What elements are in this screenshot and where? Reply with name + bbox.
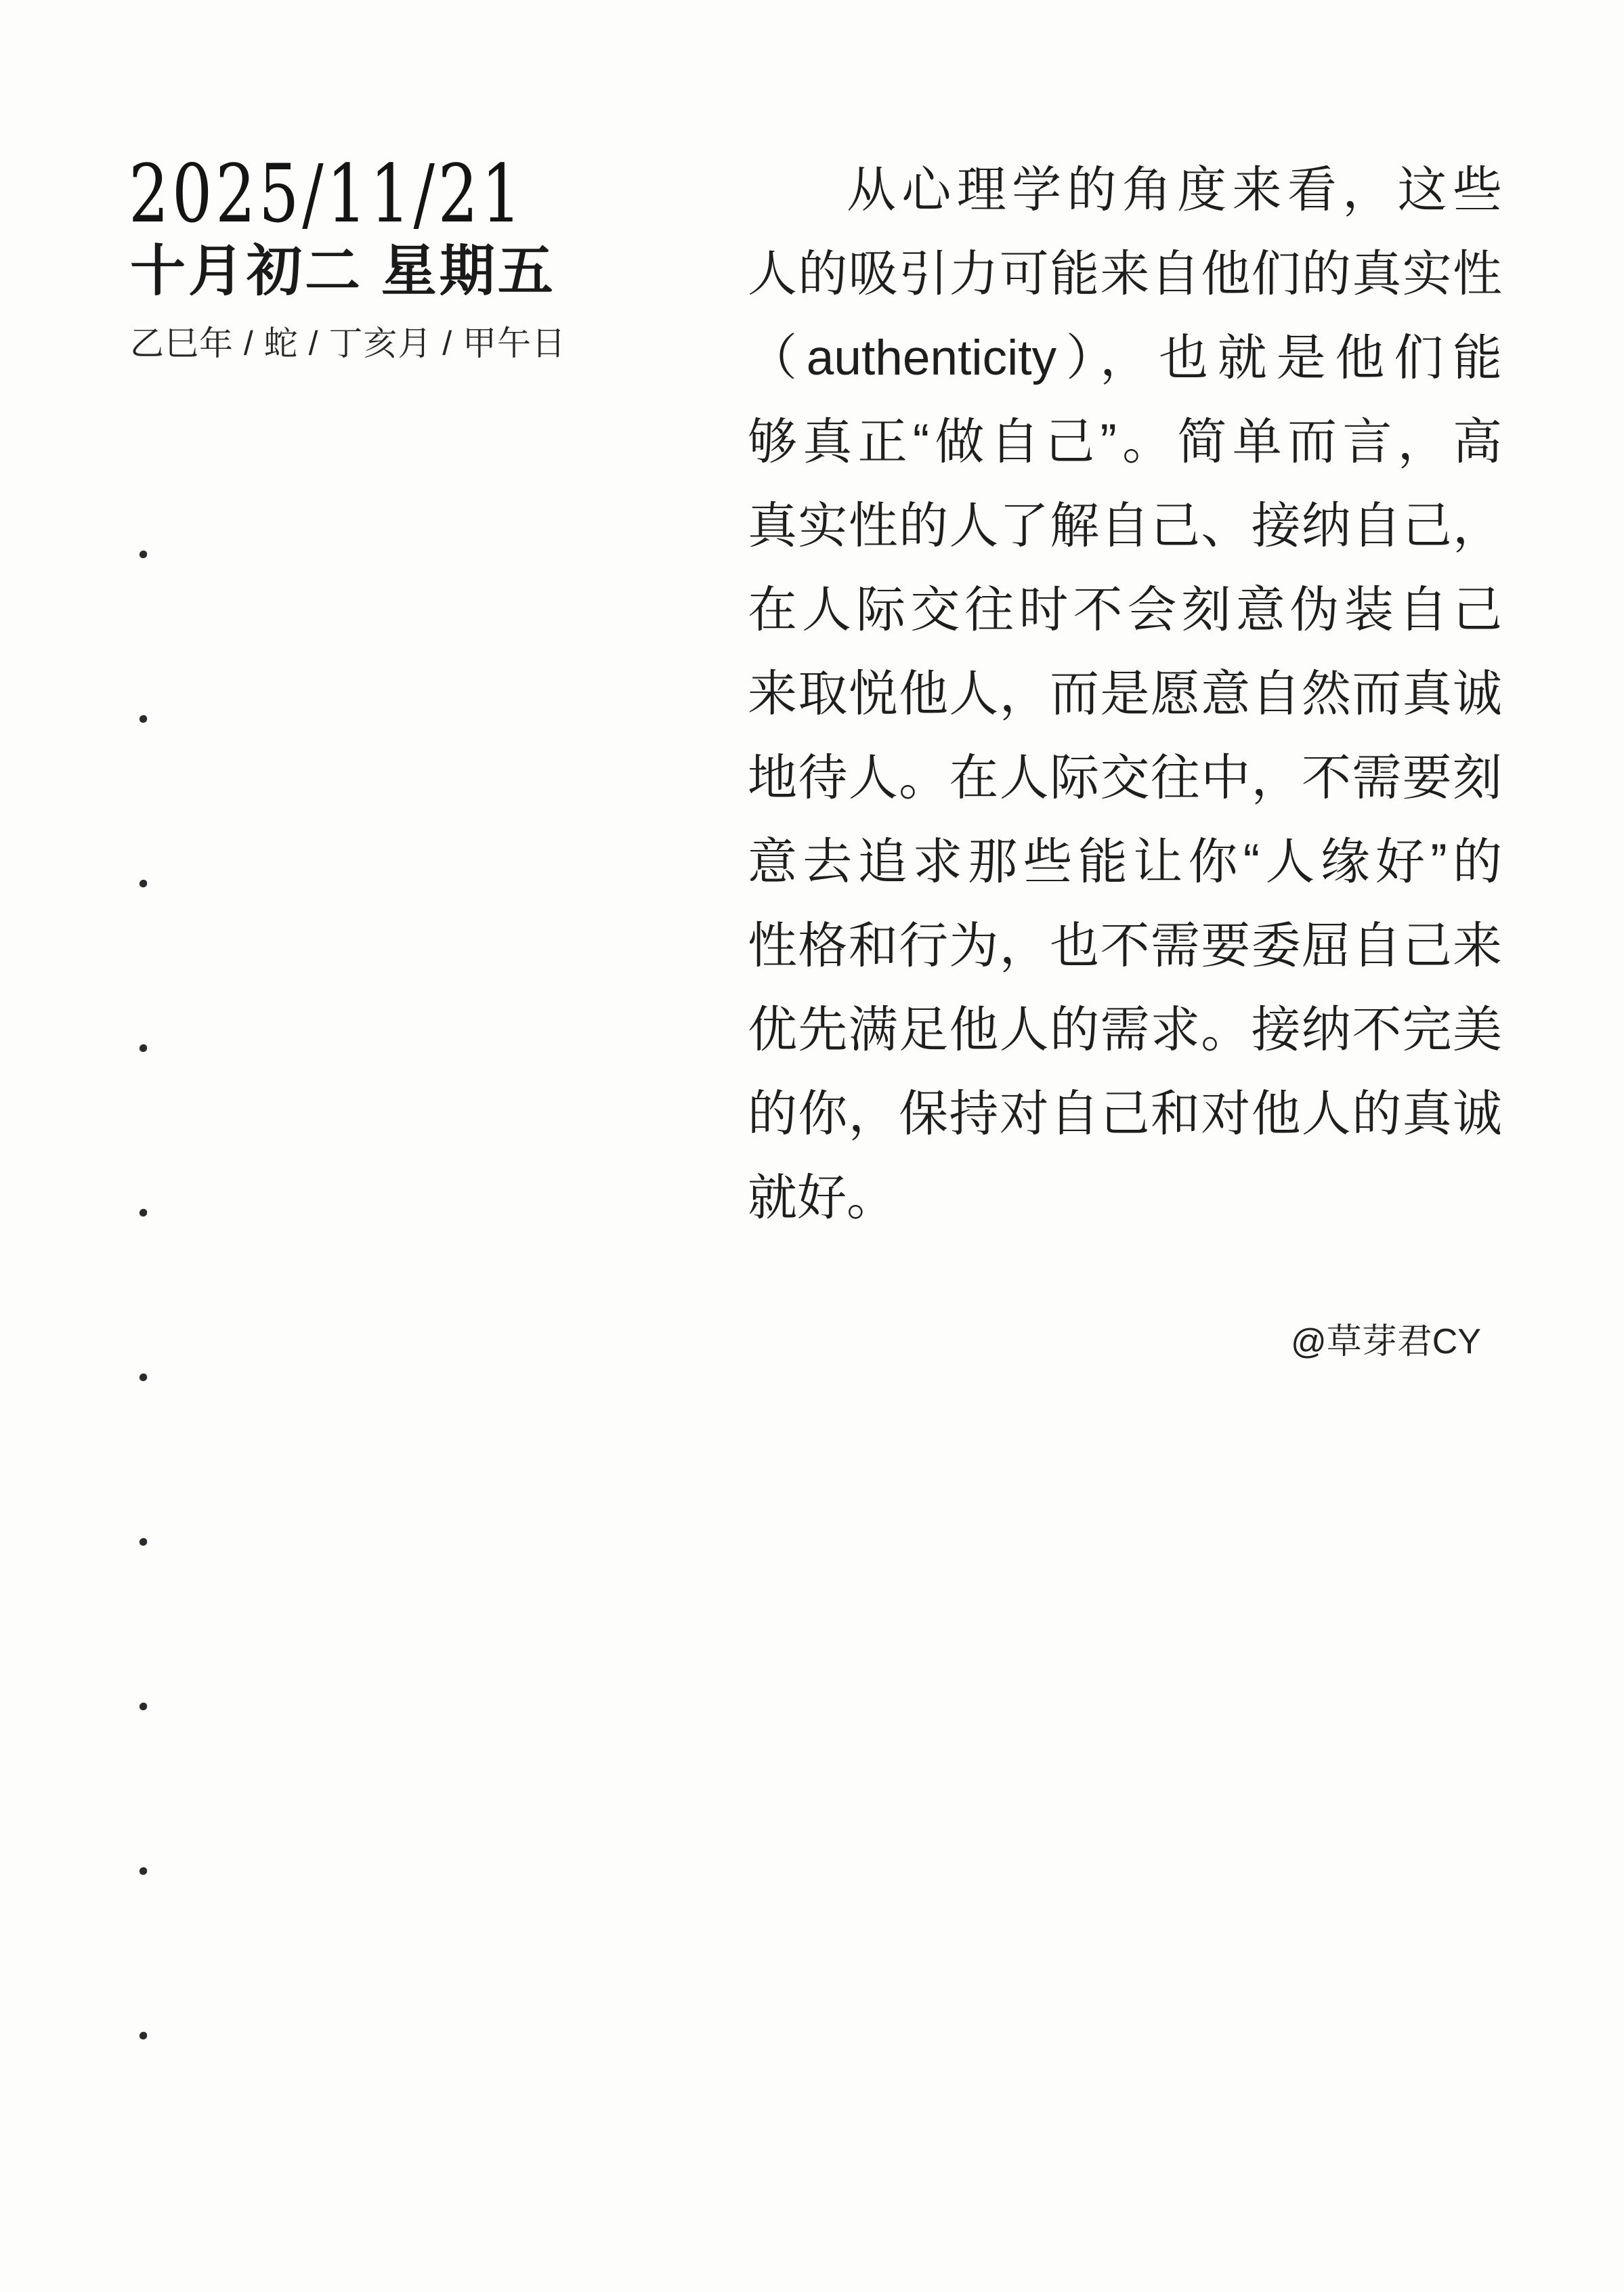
binding-dot (140, 1538, 147, 1546)
binding-dot (140, 1703, 147, 1710)
binding-dot (140, 1044, 147, 1052)
binding-dot (140, 880, 147, 887)
article-line: 优先满足他人的需求。接纳不完美 (748, 988, 1502, 1072)
article-line: 的你，保持对自己和对他人的真诚 (748, 1072, 1502, 1156)
article-line: 意去追求那些能让你“人缘好”的 (748, 820, 1502, 904)
binding-dot (140, 2032, 147, 2039)
binding-dots-column (0, 0, 284, 2292)
article-line: 在人际交往时不会刻意伪装自己 (748, 568, 1502, 652)
article-line: （authenticity），也就是他们能 (748, 316, 1502, 400)
article-line: 就好。 (748, 1156, 1502, 1240)
binding-dot (140, 1867, 147, 1875)
article-line: 从心理学的角度来看，这些 (748, 148, 1502, 232)
article-line: 够真正“做自己”。简单而言，高 (748, 400, 1502, 484)
article-line: 人的吸引力可能来自他们的真实性 (748, 232, 1502, 316)
binding-dot (140, 715, 147, 723)
article-line: 地待人。在人际交往中，不需要刻 (748, 736, 1502, 820)
article-text: 从心理学的角度来看，这些人的吸引力可能来自他们的真实性（authenticity… (748, 148, 1502, 1240)
article-line: 真实性的人了解自己、接纳自己， (748, 484, 1502, 568)
binding-dot (140, 1209, 147, 1216)
binding-dot (140, 551, 147, 558)
binding-dot (140, 1374, 147, 1381)
article-line: 来取悦他人，而是愿意自然而真诚 (748, 652, 1502, 736)
article-line: 性格和行为，也不需要委屈自己来 (748, 904, 1502, 988)
attribution: @草芽君CY (748, 1319, 1481, 1365)
